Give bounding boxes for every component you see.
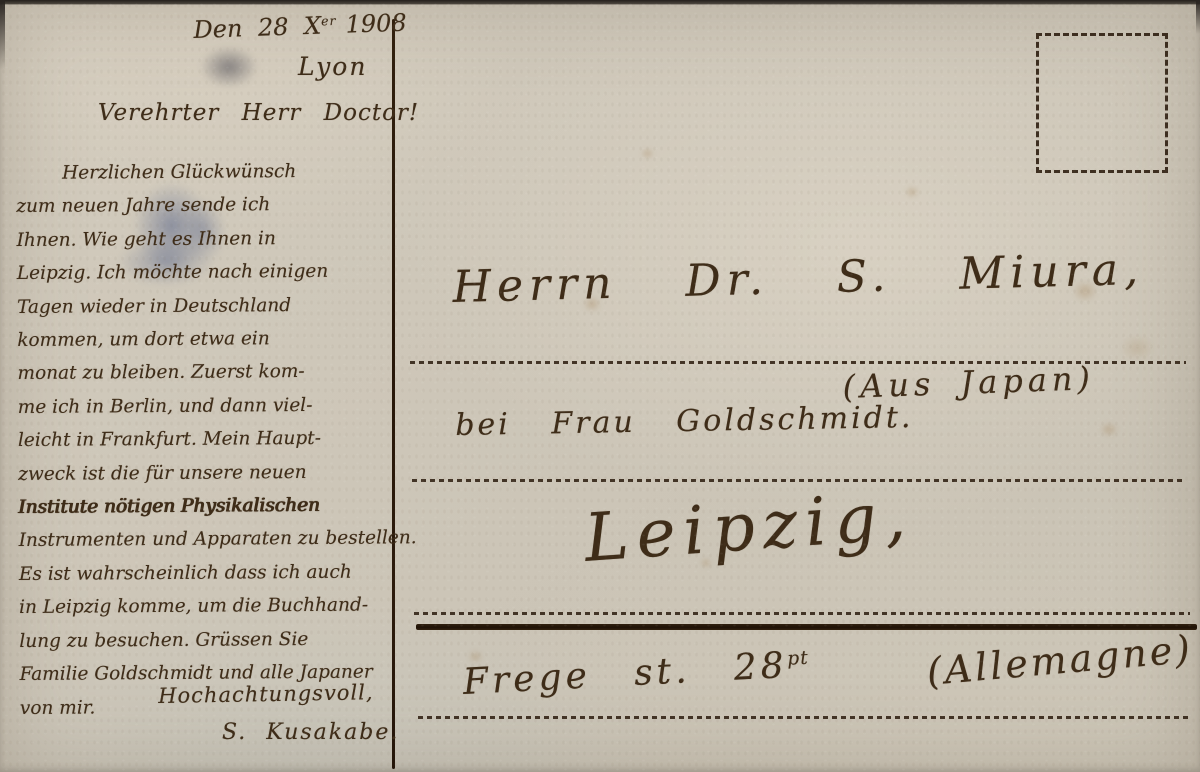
message-line: monat zu bleiben. Zuerst kom- <box>17 355 397 391</box>
date-line: Den 28 Xer1908 <box>193 9 407 44</box>
message-line: kommen, um dort etwa ein <box>17 321 397 357</box>
postcard-scan: Den 28 Xer1908 Lyon Verehrter Herr Docto… <box>0 0 1200 772</box>
message-line: Leipzig. Ich möchte nach einigen <box>17 255 397 291</box>
foxing-spot <box>641 148 654 159</box>
message-line: lung zu besuchen. Grüssen Sie <box>19 622 399 658</box>
recipient-line: Herrn Dr. S. Miura, <box>452 244 1145 313</box>
street-superscript: pt <box>787 648 810 670</box>
address-dotted-line-4 <box>418 716 1190 719</box>
photo-edge-right <box>1196 0 1200 34</box>
address-dotted-line-3 <box>414 612 1190 615</box>
date-superscript: er <box>321 13 337 29</box>
message-line: zum neuen Jahre sende ich <box>16 188 396 224</box>
message-line: Ihnen. Wie geht es Ihnen in <box>16 221 396 257</box>
salutation: Verehrter Herr Doctor! <box>98 100 419 126</box>
message-line: me ich in Berlin, und dann viel- <box>18 388 398 424</box>
postmark-smudge <box>200 46 258 88</box>
foxing-spot <box>1120 335 1154 361</box>
stamp-box <box>1036 33 1168 173</box>
photo-edge-left <box>0 0 5 70</box>
place-line: Lyon <box>298 52 367 81</box>
photo-edge-top <box>0 0 1200 5</box>
message-line: in Leipzig komme, um die Buchhand- <box>19 589 399 625</box>
origin-note: (Aus Japan) <box>842 359 1096 406</box>
date-year: 1908 <box>345 9 407 39</box>
date-text: Den 28 X <box>193 12 322 44</box>
care-of-line: bei Frau Goldschmidt. <box>455 400 914 443</box>
message-line: Institute nötigen Physikalischen <box>18 488 398 524</box>
signature: S. Kusakabe. <box>222 720 399 745</box>
foxing-spot <box>1100 422 1118 437</box>
message-line: leicht in Frankfurt. Mein Haupt- <box>18 422 398 458</box>
message-line: Es ist wahrscheinlich dass ich auch <box>19 555 399 591</box>
address-dotted-line-2 <box>412 479 1186 482</box>
street-text: Frege st. 28 <box>462 645 789 703</box>
address-thick-rule <box>416 624 1197 630</box>
street-line: Frege st. 28pt <box>462 644 810 703</box>
city-line: Leipzig, <box>582 477 916 577</box>
message-line: Tagen wieder in Deutschland <box>17 288 397 324</box>
closing: Hochachtungsvoll, <box>158 680 374 708</box>
message-line: zweck ist die für unsere neuen <box>18 455 398 491</box>
country-line: (Allemagne) <box>925 627 1195 694</box>
message-body: Herzlichen Glückwünsch zum neuen Jahre s… <box>16 154 400 725</box>
message-line: Herzlichen Glückwünsch <box>16 154 396 190</box>
message-line: Instrumenten und Apparaten zu bestellen. <box>19 522 399 558</box>
foxing-spot <box>905 186 919 198</box>
